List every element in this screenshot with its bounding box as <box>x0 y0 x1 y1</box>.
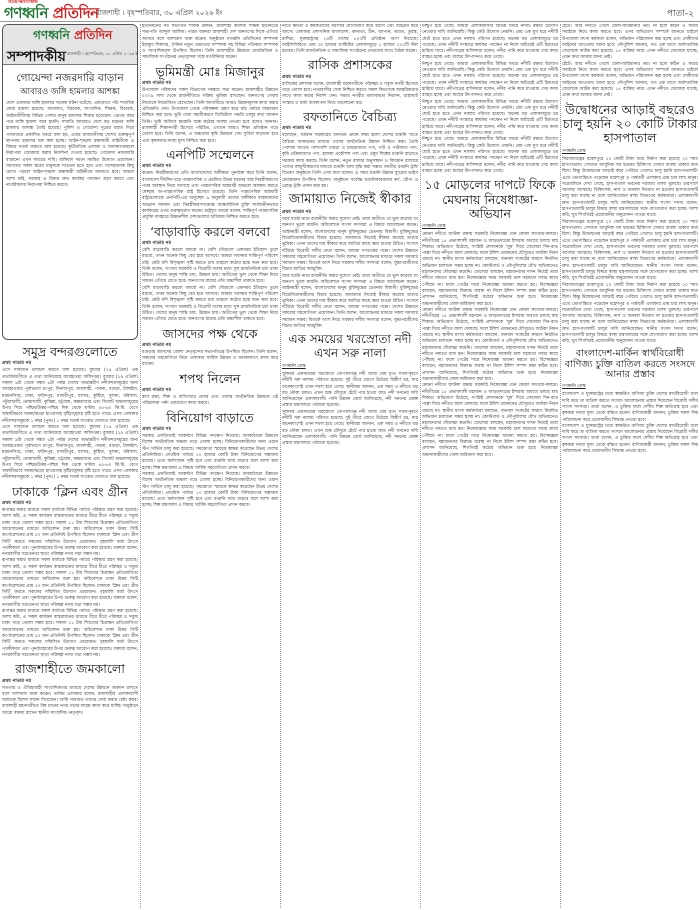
article-kicker: প্রথম পাতার পর <box>142 342 278 349</box>
logo-tagline: সত্যের সন্ধানে নির্ভীক <box>8 0 37 6</box>
article-body: রূপান্তর করার মাধ্যমে সকল বর্জ্যকে বিভিন… <box>2 558 138 608</box>
article-headline[interactable]: এক সময়ের খরস্রোতা নদী এখন সরু নালা <box>282 333 418 361</box>
article-body: সিরাজগঞ্জের মহেশপুরে ২০ কোটি টাকা ব্যয়ে… <box>562 157 698 220</box>
editorial-box: গণধ্বনি প্রতিদিন সম্পাদকীয় রাজশাহী । বৃ… <box>2 24 138 340</box>
article-byline: গণধ্বনি ডেস্ক <box>562 383 698 390</box>
column-3: নাতে ক্ষমতা ও কর্মকর্তাদের সরাসরি যোগাযো… <box>282 24 418 908</box>
article-body: ইউনিয়নের নব সভাপতি শফিক উদ্দিন, রাজশাহী… <box>142 24 278 62</box>
article-body: বাংলাদেশ ও যুক্তরাষ্ট্রের মধ্যে স্বাক্ষর… <box>562 392 698 423</box>
article-body: বলেছেন, বর্তমান সরকারের অন্যতম প্রধান লক… <box>282 133 418 190</box>
column-divider <box>560 24 561 908</box>
article-headline[interactable]: রফতানিতে বৈচিত্র্য <box>282 110 418 124</box>
article-body: খুলনার একসময়ের খরস্রোতা গোপালগঞ্জ নদী আ… <box>282 372 418 410</box>
article-body: সরকার এফডিআই আকর্ষণে বিভিন্ন পদক্ষেপ নিয… <box>142 472 278 510</box>
editorial-logo-part2: প্রতিদিন <box>74 28 112 42</box>
article-body: বগুড়ার জাসদের জেলা নেতৃবৃন্দের সভাপতিত্… <box>142 350 278 369</box>
article-kicker: প্রথম পাতার পর <box>142 240 278 247</box>
article-headline[interactable]: ঢাকাকে ‘ক্লিন এবং গ্রীন <box>2 485 138 499</box>
article-body: হেঁটে। আর নদীতে গেলে জেল-জরিমানার ভয়। ন… <box>562 62 698 100</box>
article-kicker: প্রথম পাতার পর <box>142 80 278 87</box>
logo-part2: প্রতিদিন <box>53 4 99 22</box>
column-1: সমুদ্র বন্দরগুলোতে প্রথম পাতার পর এসে সা… <box>2 342 138 908</box>
article-body: বেশি বাড়াবাড়ি করলে বলবো না। বেশি দৌড়া… <box>142 248 278 286</box>
article-headline[interactable]: রাজশাহীতে জমকালো <box>2 662 138 676</box>
article-body: নাতে ক্ষমতা ও কর্মকর্তাদের সরাসরি যোগাযো… <box>282 24 418 55</box>
editorial-logo: গণধ্বনি প্রতিদিন <box>33 27 112 47</box>
article-kicker: প্রথম পাতার পর <box>2 360 138 367</box>
article-body: এসে সাবধানে চলাচল করতে বলা হয়েছে। বুধবা… <box>2 368 138 425</box>
article-body: বেশি বাড়াবাড়ি করলে বলবো না। বেশি দৌড়া… <box>142 286 278 324</box>
editorial-text: দেশে একসময় জঙ্গি হামলার অনেক ঘটনা ঘটেছে… <box>6 101 134 189</box>
article-headline[interactable]: জামায়াত নিজেই স্বীকার <box>282 193 418 208</box>
article-body: মেঘনা নদীতে জাটকা রক্ষায় সরকারি নিষেধাজ… <box>422 308 558 384</box>
article-body: রূপান্তর করার মাধ্যমে সকল বর্জ্যকে বিভিন… <box>2 609 138 659</box>
editorial-logo-part1: গণধ্বনি <box>33 28 70 42</box>
column-5: হেঁটে। আর নদীতে গেলে জেল-জরিমানার ভয়। ন… <box>562 24 698 908</box>
article-body: এসে সাবধানে চলাচল করতে বলা হয়েছে। বুধবা… <box>2 425 138 482</box>
article-headline[interactable]: ভূমিমন্ত্রী মোঃ মিজানুর <box>142 65 278 79</box>
editorial-headline: গোয়েন্দা নজরদারি বাড়ান <box>6 72 134 84</box>
article-body: খুলনার একসময়ের খরস্রোতা গোপালগঞ্জ নদী আ… <box>282 410 418 448</box>
article-headline[interactable]: বিনিয়োগ বাড়াতে <box>142 411 278 425</box>
column-divider <box>140 24 141 908</box>
article-body: সিরাজগঞ্জের মহেশপুরে ২০ কোটি টাকা ব্যয়ে… <box>562 283 698 346</box>
article-headline[interactable]: এনপিটি সম্মেলনে <box>142 148 278 162</box>
article-byline: গণধ্বনি ডেস্ক <box>282 363 418 370</box>
article-body: হেঁটে। আর নদীতে গেলে জেল-জরিমানার ভয়। ন… <box>562 24 698 62</box>
masthead: সত্যের সন্ধানে নির্ভীক গণধ্বনি প্রতিদিন … <box>0 0 700 22</box>
article-body: রাসিকের প্রশাসক বলেন, রাজশাহী মহানগরীকে … <box>282 82 418 107</box>
column-divider <box>420 24 421 908</box>
article-body: মেঘনা নদীতে জাটকা রক্ষায় সরকারি নিষেধাজ… <box>422 232 558 308</box>
editorial-date: রাজশাহী । বৃহস্পতিবার, ৩০ এপ্রিল ২০২৬ ইং <box>67 51 138 58</box>
article-body: করেন। নিরস্ত্রীকরণের প্রতি বাংলাদেশের অঙ… <box>142 171 278 221</box>
article-headline[interactable]: বাংলাদেশ-মার্কিন স্বার্থবিরোধী বাণিজ্য চ… <box>562 349 698 382</box>
article-body: নিশ্চুপ হয়ে গেছে। আমরা এলাকাবাসীর বিভিন… <box>422 24 558 62</box>
article-headline[interactable]: ১৫ মোড়লের দাপটে ফিকে মেঘনায় নিষেধাজ্ঞা… <box>422 178 558 221</box>
dateline: রাজশাহী । বৃহস্পতিবার, ৩০ এপ্রিল ২০২৬ ইং <box>96 7 222 19</box>
column-divider <box>280 24 281 908</box>
article-kicker: প্রথম পাতার পর <box>282 74 418 81</box>
article-kicker: প্রথম পাতার পর <box>282 125 418 132</box>
article-headline[interactable]: শপথ নিলেন <box>142 372 278 386</box>
article-body: স্বার্থ রক্ষা, শিল্প ও বাণিজ্যের প্রসার … <box>142 395 278 408</box>
article-headline[interactable]: রাসিক প্রশাসকের <box>282 58 418 72</box>
article-kicker: প্রথম পাতার পর <box>142 426 278 433</box>
article-body: রূপান্তর করার মাধ্যমে সকল বর্জ্যকে বিভিন… <box>2 508 138 558</box>
article-body: আর ধর্মের নামে রাজনীতি করার সুযোগ নেই। ত… <box>282 274 418 331</box>
article-body: সিরাজগঞ্জের মহেশপুরে ২০ কোটি টাকা ব্যয়ে… <box>562 220 698 283</box>
article-body: নিশ্চুপ হয়ে গেছে। আমরা এলাকাবাসীর বিভিন… <box>422 100 558 138</box>
article-body: সরকার এফডিআই আকর্ষণে বিভিন্ন পদক্ষেপ নিয… <box>142 434 278 472</box>
page-number: পাতা-২ <box>667 6 694 21</box>
editorial-title: সম্পাদকীয় <box>7 45 66 69</box>
article-body: উপজেলা পরিষদের সকল বিভাগের সমন্বয়ে সভা … <box>142 88 278 145</box>
article-kicker: প্রথম পাতার পর <box>282 209 418 216</box>
article-headline[interactable]: উদ্বোধনের আড়াই বছরেও চালু হয়নি ২০ কোটি… <box>562 103 698 146</box>
editorial-header: গণধ্বনি প্রতিদিন সম্পাদকীয় রাজশাহী । বৃ… <box>3 25 137 65</box>
article-headline[interactable]: জাসদের পক্ষ থেকে <box>142 327 278 341</box>
article-body: মেঘনা নদীতে জাটকা রক্ষায় সরকারি নিষেধাজ… <box>422 383 558 459</box>
column-2: ইউনিয়নের নব সভাপতি শফিক উদ্দিন, রাজশাহী… <box>142 24 278 908</box>
article-byline: গণধ্বনি ডেস্ক <box>422 223 558 230</box>
article-body: নিশ্চুপ হয়ে গেছে। আমরা এলাকাবাসীর বিভিন… <box>422 62 558 100</box>
editorial-body: গোয়েন্দা নজরদারি বাড়ান আবারও জঙ্গি হাম… <box>3 65 137 193</box>
article-kicker: প্রথম পাতার পর <box>2 500 138 507</box>
article-body: সততার ও ঐতিহ্যবাহী সাংবাদিকতার মাধ্যমে দ… <box>2 686 138 717</box>
logo-part1: গণধ্বনি <box>4 4 48 22</box>
article-headline[interactable]: ‘বাড়াবাড়ি করলে বলবো <box>142 225 278 239</box>
article-body: বাংলাদেশ ও যুক্তরাষ্ট্রের মধ্যে স্বাক্ষর… <box>562 424 698 455</box>
editorial-subheadline: আবারও জঙ্গি হামলার আশঙ্কা <box>6 85 134 99</box>
column-4: নিশ্চুপ হয়ে গেছে। আমরা এলাকাবাসীর বিভিন… <box>422 24 558 908</box>
article-body: আর ধর্মের নামে রাজনীতি করার সুযোগ নেই। ত… <box>282 217 418 274</box>
article-body: নিশ্চুপ হয়ে গেছে। আমরা এলাকাবাসীর বিভিন… <box>422 137 558 175</box>
article-kicker: প্রথম পাতার পর <box>2 678 138 685</box>
article-headline[interactable]: সমুদ্র বন্দরগুলোতে <box>2 345 138 359</box>
article-kicker: প্রথম পাতার পর <box>142 387 278 394</box>
article-kicker: প্রথম পাতার পর <box>142 163 278 170</box>
article-byline: গণধ্বনি ডেস্ক <box>562 148 698 155</box>
